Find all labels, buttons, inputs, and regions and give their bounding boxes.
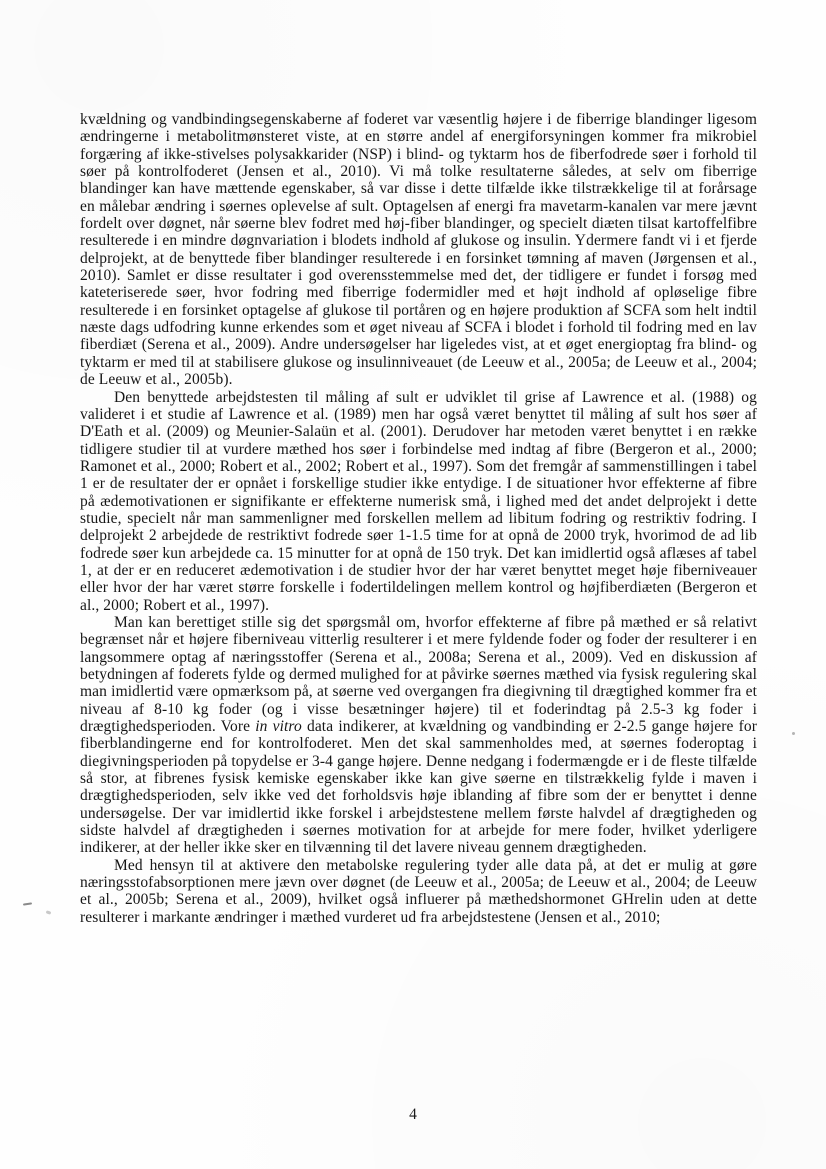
text-run: data indikerer, at kvældning og vandbind… bbox=[80, 718, 757, 856]
paragraph: Den benyttede arbejdstesten til måling a… bbox=[80, 389, 757, 614]
body-text: kvældning og vandbindingsegenskaberne af… bbox=[80, 111, 757, 926]
text-run: Med hensyn til at aktivere den metabolsk… bbox=[80, 857, 757, 926]
text-run: kvældning og vandbindingsegenskaberne af… bbox=[80, 111, 757, 388]
paragraph: kvældning og vandbindingsegenskaberne af… bbox=[80, 111, 757, 389]
scan-artifact bbox=[46, 910, 52, 915]
paragraph: Med hensyn til at aktivere den metabolsk… bbox=[80, 857, 757, 926]
scan-artifact bbox=[792, 732, 795, 735]
text-run: Man kan berettiget stille sig det spørgs… bbox=[80, 614, 757, 735]
italic-text-run: in vitro bbox=[255, 718, 302, 735]
document-page: kvældning og vandbindingsegenskaberne af… bbox=[0, 0, 826, 1169]
scan-artifact bbox=[23, 902, 32, 905]
text-run: Den benyttede arbejdstesten til måling a… bbox=[80, 389, 757, 614]
paragraph: Man kan berettiget stille sig det spørgs… bbox=[80, 614, 757, 857]
page-number: 4 bbox=[0, 1106, 826, 1124]
